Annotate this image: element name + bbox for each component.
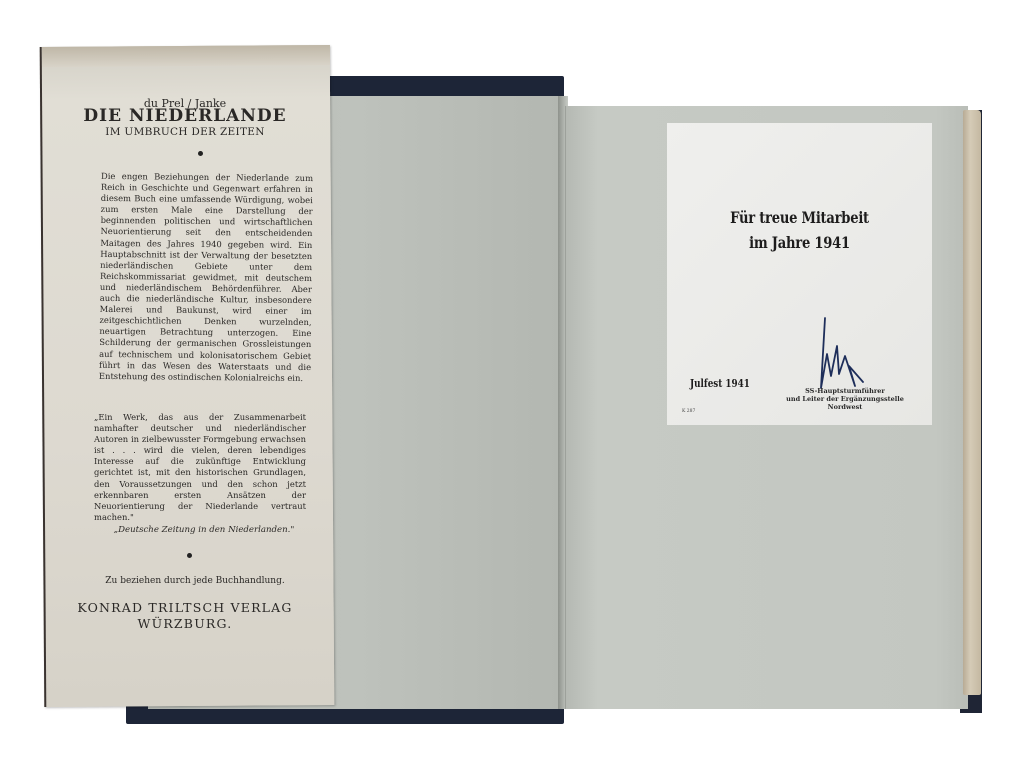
review-quote: „Ein Werk, das aus der Zusammenarbeit na… — [94, 412, 306, 523]
separator-dot — [187, 553, 192, 558]
publisher: KONRAD TRILTSCH VERLAG WÜRZBURG. — [60, 600, 310, 632]
label-rank-line2: und Leiter der Ergänzungsstelle Nordwest — [770, 395, 920, 411]
label-signatory-title: SS-Hauptsturmführer und Leiter der Ergän… — [770, 387, 920, 411]
signature-icon — [815, 316, 875, 396]
jacket-fold-edge — [42, 45, 330, 67]
label-print-code: K 287 — [682, 409, 695, 414]
book-description: Die engen Beziehungen der Niederlande zu… — [99, 171, 313, 384]
publisher-name: KONRAD TRILTSCH VERLAG — [60, 600, 310, 616]
book-title: DIE NIEDERLANDE — [55, 106, 315, 126]
review-source: „Deutsche Zeitung in den Niederlanden." — [94, 525, 314, 535]
book-subtitle: IM UMBRUCH DER ZEITEN — [55, 126, 315, 138]
label-rank-line1: SS-Hauptsturmführer — [770, 387, 920, 395]
label-dedication-line2: im Jahre 1941 — [691, 233, 908, 252]
label-dedication-line1: Für treue Mitarbeit — [691, 208, 908, 227]
separator-dot — [198, 151, 203, 156]
order-note: Zu beziehen durch jede Buchhandlung. — [80, 576, 310, 586]
torn-spine-remnant — [963, 110, 981, 695]
publisher-city: WÜRZBURG. — [60, 616, 310, 632]
label-date: Julfest 1941 — [690, 377, 750, 390]
